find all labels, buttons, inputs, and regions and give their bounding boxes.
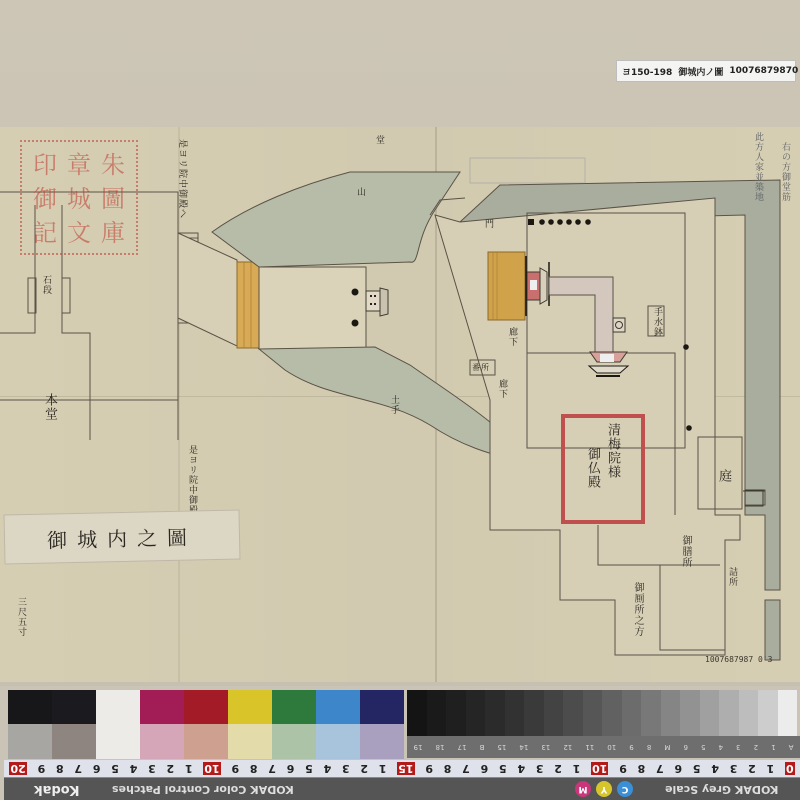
label-left-edge-note: 三尺五寸 (15, 597, 28, 637)
label-water-basin: 手水鉢 (651, 307, 664, 337)
color-patches-bottom (8, 724, 404, 759)
label-hill-lower: 土手 (388, 395, 401, 415)
red-seal-stamp: 印章朱 御城圖 記文庫 (20, 140, 138, 255)
gold-gate (237, 262, 259, 348)
color-patch (52, 724, 96, 759)
label-rear-note: 御厠所之方 (630, 582, 645, 637)
color-patch (140, 690, 184, 725)
grey-scale-steps (407, 690, 797, 736)
label-top-left-note: 是ヨリ院中御殿へ (177, 139, 190, 219)
color-patch (228, 690, 272, 725)
label-gate: 門 (482, 219, 495, 229)
color-patch (96, 724, 140, 759)
color-patch (8, 724, 52, 759)
gold-building (488, 252, 525, 320)
color-patch (8, 690, 52, 725)
label-corridor: 廊下 (506, 327, 519, 347)
label-hill-upper: 山 (354, 187, 367, 197)
label-waiting-room: 詰所 (726, 567, 739, 587)
scan-stage: ヨ150-198 御城内ノ圖 10076879870 (0, 0, 800, 800)
catalog-label: ヨ150-198 御城内ノ圖 10076879870 (616, 60, 796, 82)
color-patch (360, 724, 404, 759)
grey-scale-title: KODAK Grey Scale (665, 783, 778, 796)
label-shrine-hall-line1: 清梅院様 (603, 423, 622, 479)
label-right-note-1: 此方人家並築地 (752, 132, 765, 202)
label-right-note-2: 右の方御堂筋 (779, 142, 792, 202)
label-rear-corridor: 廊下 (496, 379, 509, 399)
title-slip-text: 御城内之圖 (47, 521, 198, 553)
color-control-title: KODAK Color Control Patches (112, 783, 294, 796)
color-patch (184, 690, 228, 725)
map-paper: 印章朱 御城圖 記文庫 本堂 石段 三尺五寸 是ヨリ院中御殿へ 是ヨリ院中御殿へ… (0, 127, 800, 682)
label-shrine-hall-line2: 御仏殿 (583, 447, 602, 489)
label-kitchen: 御膳所 (678, 535, 693, 568)
bottom-id-number: 1007687987 0'3 (705, 655, 772, 664)
color-patch (52, 690, 96, 725)
color-patch (316, 724, 360, 759)
color-patch (184, 724, 228, 759)
kodak-brand-bar: Kodak KODAK Color Control Patches M Y C … (4, 778, 800, 800)
label-stone-steps: 石段 (40, 275, 53, 295)
inner-gate (366, 288, 388, 316)
color-patch (228, 724, 272, 759)
color-patch (96, 690, 140, 725)
centimeter-ruler: 01234 56789 101234 56789 151234 56789 10… (4, 760, 800, 778)
catalog-title: 御城内ノ圖 (678, 65, 723, 78)
grey-scale-labels: A1234 56M89 1011121314 15B171819 (407, 736, 800, 758)
kodak-logo: Kodak (34, 782, 80, 797)
upper-hill (212, 172, 460, 267)
label-hondo: 本堂 (40, 393, 59, 421)
title-slip: 御城内之圖 (4, 510, 241, 565)
label-guard-box: 番所 (472, 362, 490, 373)
color-patch (272, 690, 316, 725)
label-garden: 庭 (714, 469, 733, 483)
call-number: ヨ150-198 (622, 65, 672, 78)
color-patch (272, 724, 316, 759)
color-patch (316, 690, 360, 725)
cmy-dots: M Y C (575, 781, 633, 797)
item-id: 10076879870 (729, 66, 798, 76)
magenta-dot: M (575, 781, 591, 797)
color-patch (360, 690, 404, 725)
cyan-dot: C (617, 781, 633, 797)
label-upper-mark: 堂 (373, 135, 386, 145)
yellow-dot: Y (596, 781, 612, 797)
color-patches-top (8, 690, 404, 725)
color-patch (140, 724, 184, 759)
